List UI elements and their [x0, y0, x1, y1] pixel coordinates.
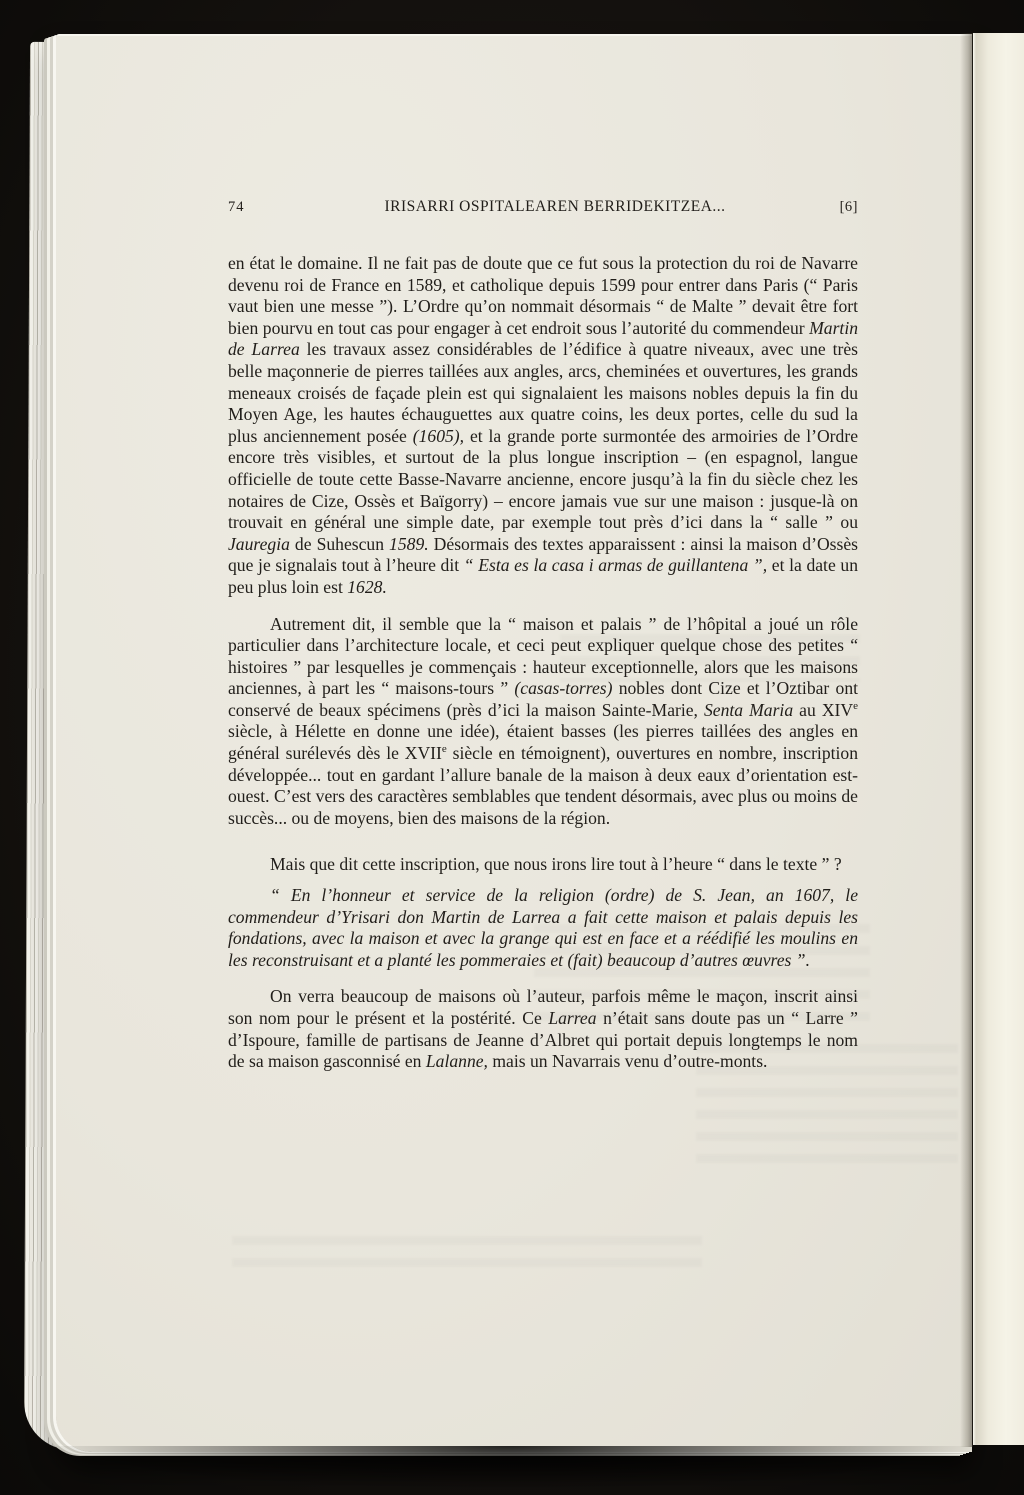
book-page: 74 IRISARRI OSPITALEAREN BERRIDEKITZEA..…: [56, 34, 972, 1452]
italic-run: Lalanne,: [426, 1051, 488, 1071]
text-column: 74 IRISARRI OSPITALEAREN BERRIDEKITZEA..…: [228, 198, 858, 1073]
italic-run: (1605),: [413, 426, 464, 446]
italic-run: Senta Maria: [704, 700, 793, 720]
italic-run: Larrea: [548, 1008, 596, 1028]
superscript-run: e: [853, 700, 858, 712]
reference-marker: [6]: [812, 199, 858, 216]
text-run: Mais que dit cette inscription, que nous…: [270, 854, 842, 874]
facing-page-sliver: [973, 33, 1024, 1445]
paragraph: en état le domaine. Il ne fait pas de do…: [228, 253, 858, 599]
paragraph: Autrement dit, il semble que la “ maison…: [228, 614, 858, 830]
page-body: en état le domaine. Il ne fait pas de do…: [228, 253, 858, 1073]
text-run: mais un Navarrais venu d’outre-monts.: [488, 1051, 767, 1071]
italic-run: (casas-torres): [514, 678, 612, 698]
text-run: de Suhescun: [290, 534, 389, 554]
running-header: 74 IRISARRI OSPITALEAREN BERRIDEKITZEA..…: [228, 198, 858, 216]
running-title: IRISARRI OSPITALEAREN BERRIDEKITZEA...: [298, 198, 812, 216]
italic-run: 1628.: [347, 577, 387, 597]
photo-backdrop: 74 IRISARRI OSPITALEAREN BERRIDEKITZEA..…: [0, 0, 1024, 1495]
show-through-smudge: [232, 1236, 702, 1268]
page-number: 74: [228, 199, 298, 216]
italic-run: “ En l’honneur et service de la religion…: [228, 885, 858, 970]
paragraph: On verra beaucoup de maisons où l’auteur…: [228, 986, 858, 1072]
page-drop-shadow: [30, 1446, 990, 1490]
gutter-crease-shadow: [960, 33, 973, 1447]
italic-run: Jauregia: [228, 534, 290, 554]
paragraph: “ En l’honneur et service de la religion…: [228, 885, 858, 971]
italic-run: “ Esta es la casa i armas de guillantena…: [464, 555, 767, 575]
text-run: en état le domaine. Il ne fait pas de do…: [228, 253, 858, 338]
italic-run: 1589.: [389, 534, 429, 554]
text-run: au XIV: [793, 700, 853, 720]
paragraph: Mais que dit cette inscription, que nous…: [228, 854, 858, 876]
